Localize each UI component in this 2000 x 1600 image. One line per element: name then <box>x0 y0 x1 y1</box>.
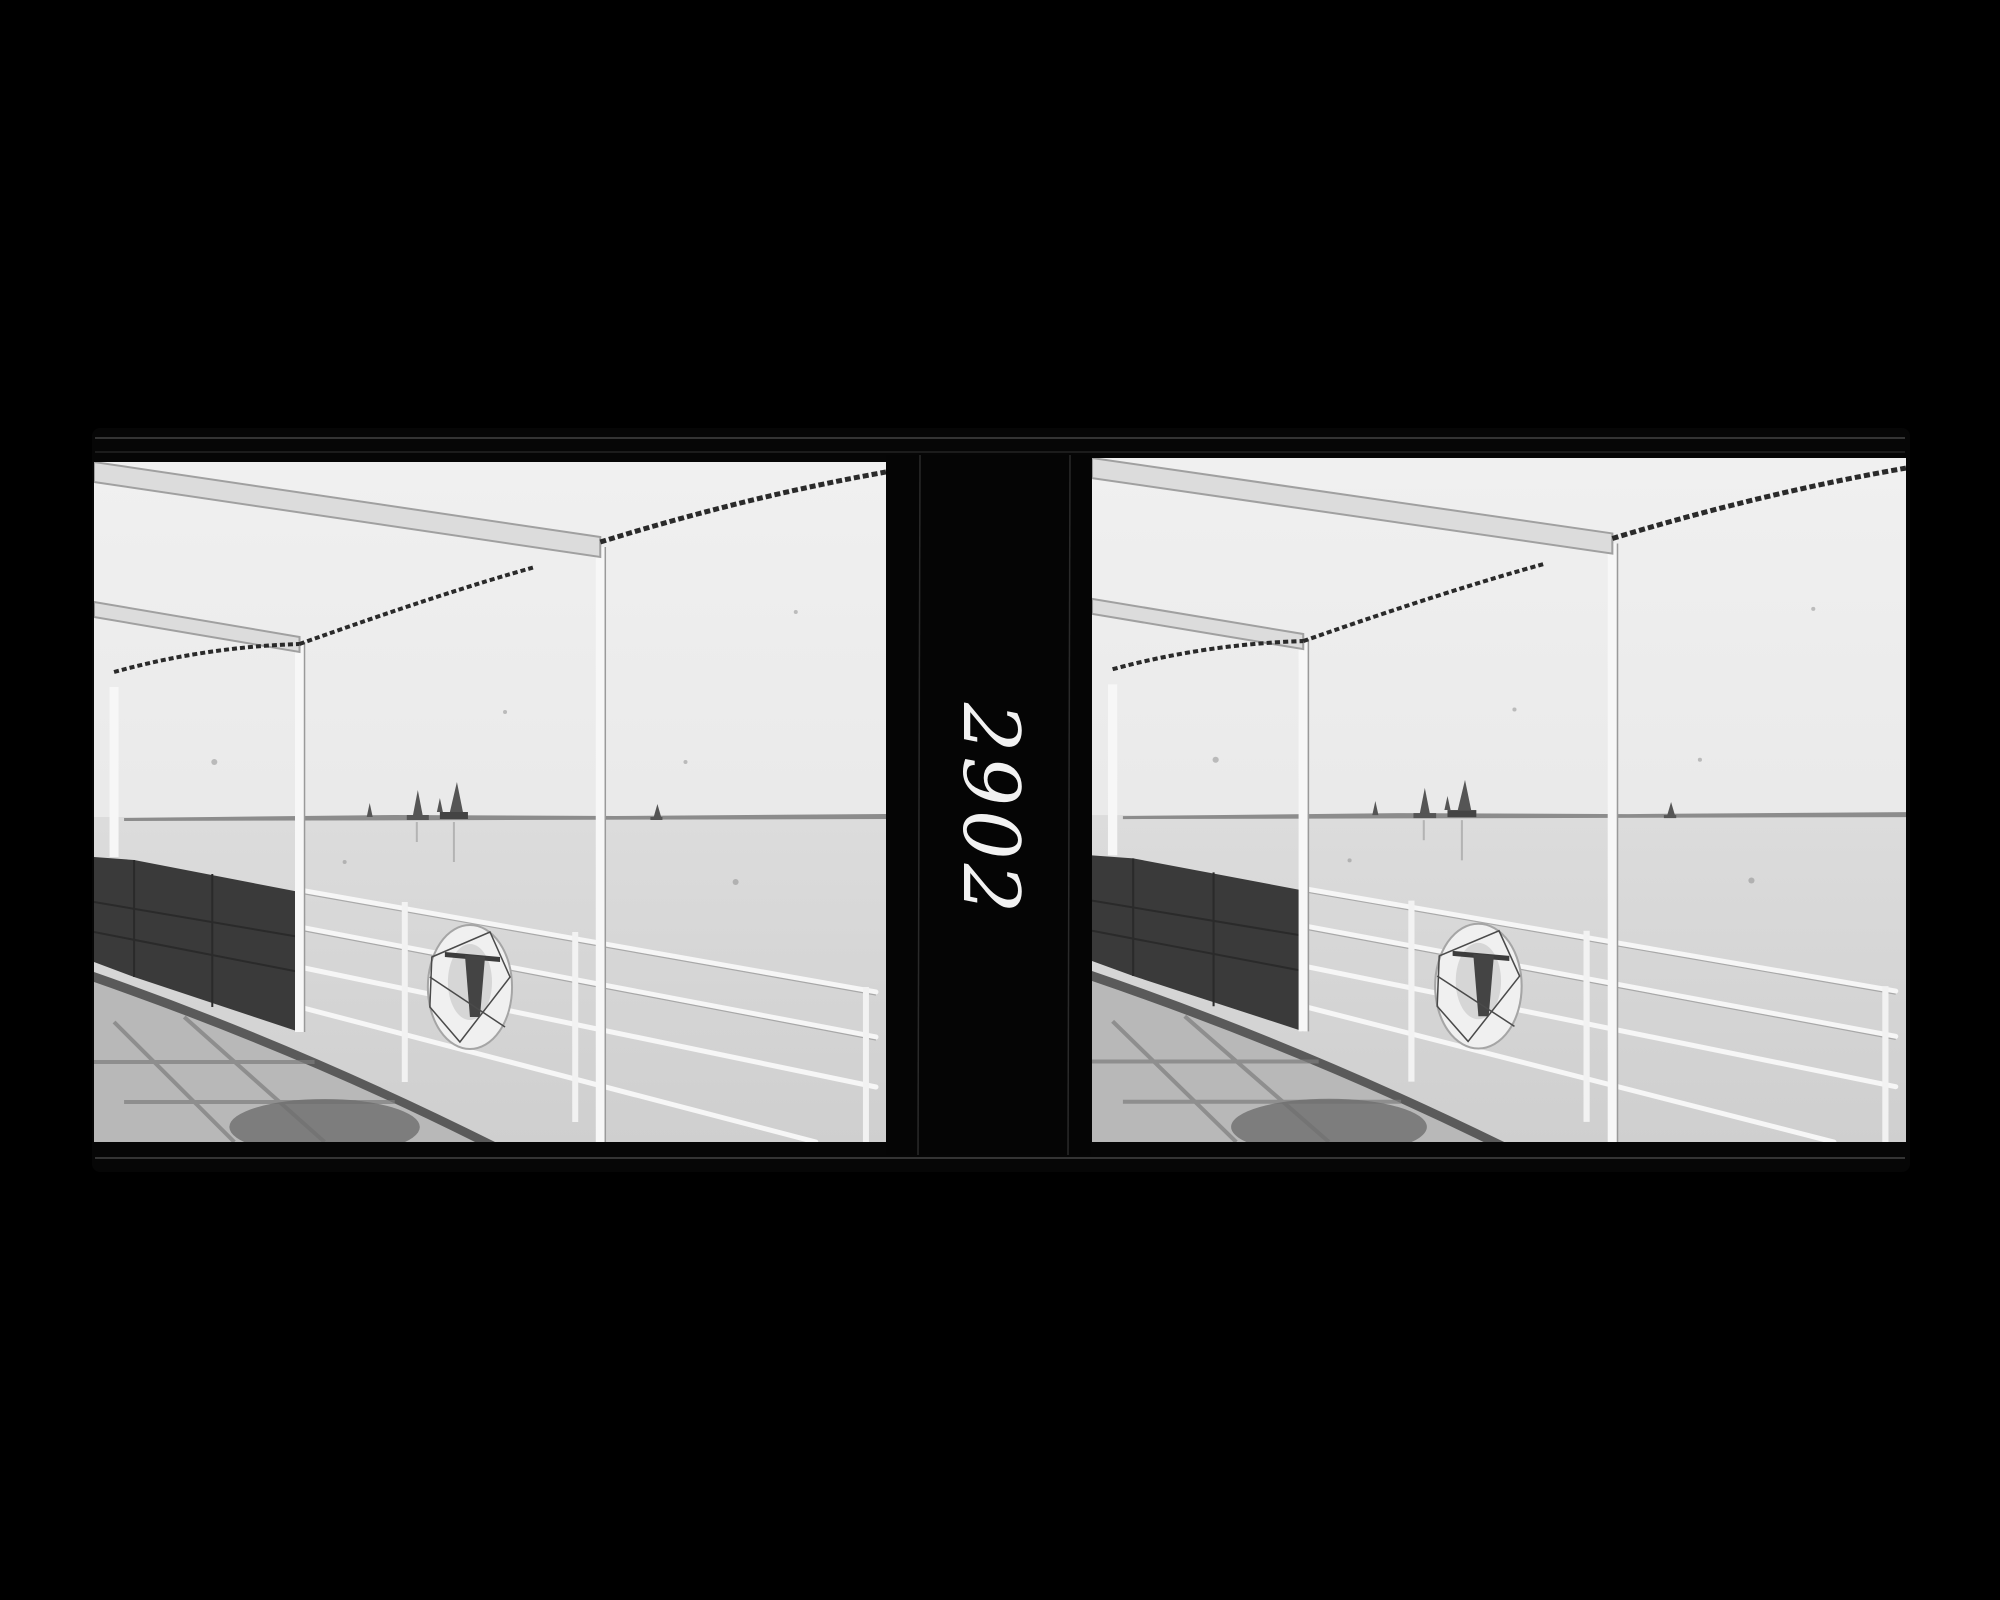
plate-number-handwriting: 2902 <box>860 750 1120 870</box>
right-frame <box>1092 458 1906 1155</box>
left-frame <box>94 462 886 1155</box>
